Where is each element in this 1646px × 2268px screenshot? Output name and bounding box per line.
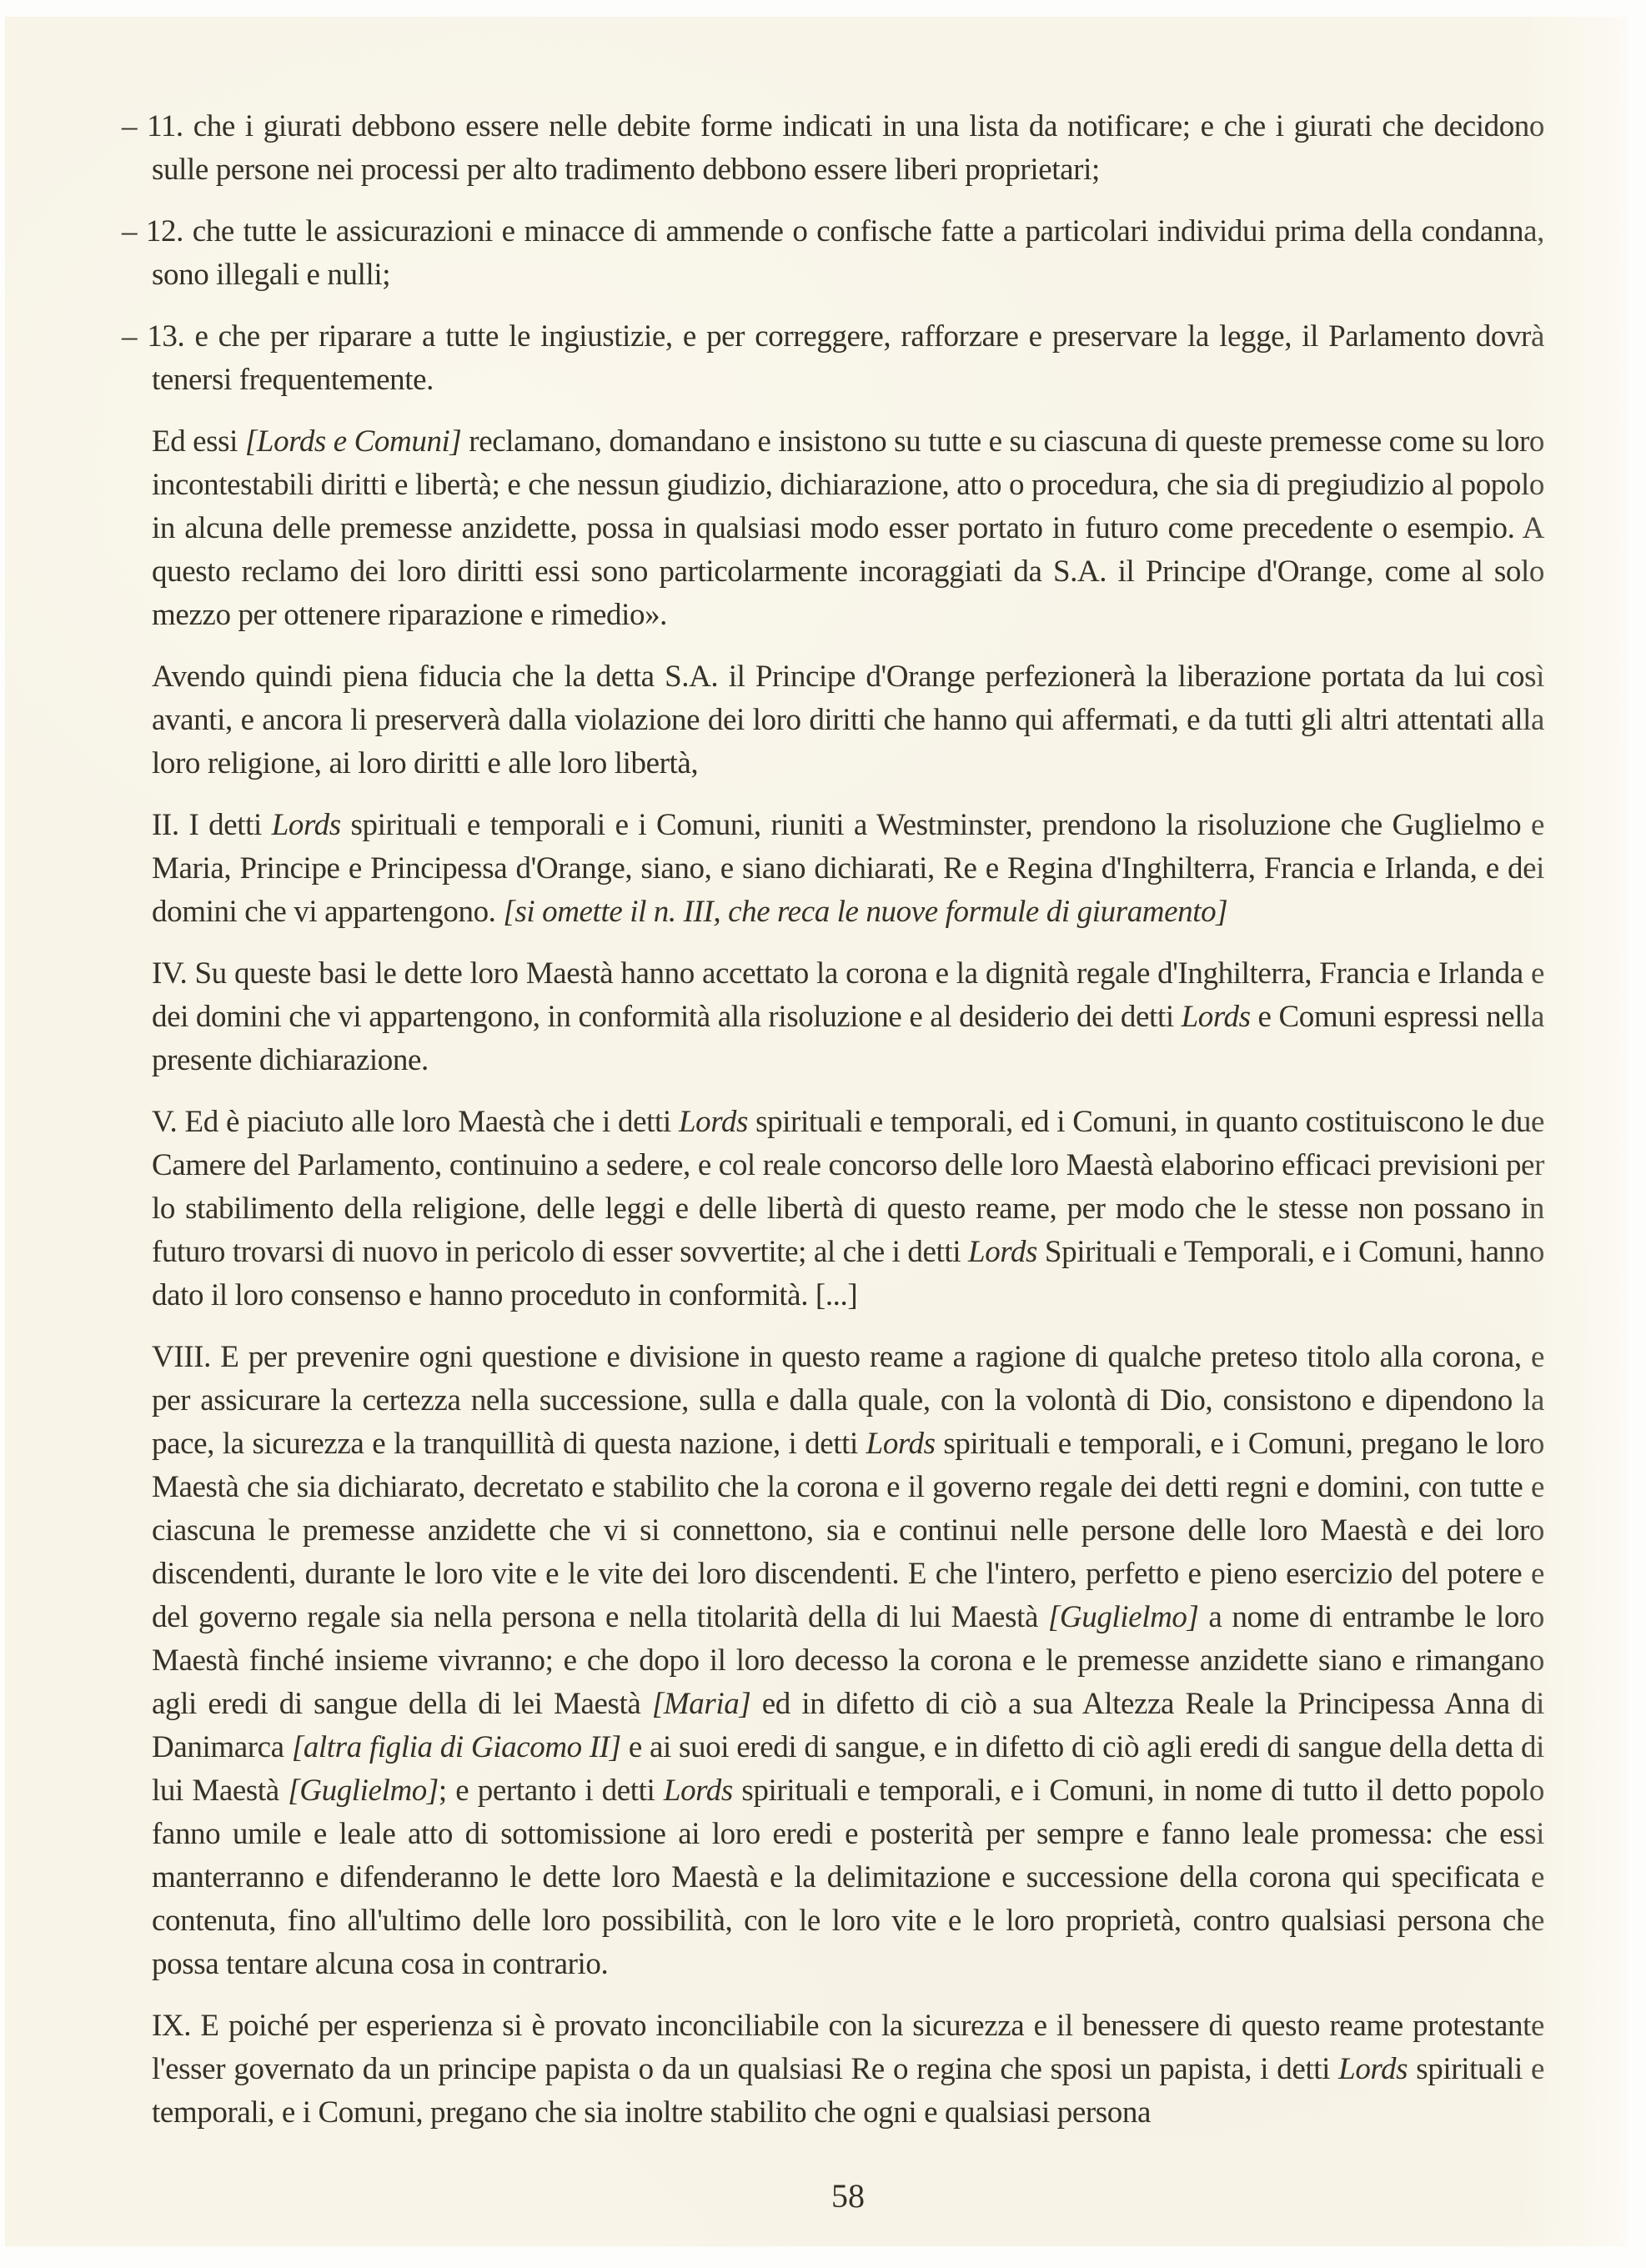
paragraph: IX. E poiché per esperienza si è provato… bbox=[152, 2005, 1544, 2135]
italic-run: [altra figlia di Giacomo II] bbox=[292, 1730, 621, 1764]
book-page: – 11. che i giurati debbono essere nelle… bbox=[5, 17, 1628, 2246]
text-run: IX. E poiché per esperienza si è provato… bbox=[152, 2009, 1544, 2086]
italic-run: [Guglielmo] bbox=[1048, 1600, 1199, 1634]
text-run: – 13. e che per riparare a tutte le ingi… bbox=[122, 319, 1544, 397]
italic-run: Lords bbox=[679, 1105, 748, 1139]
paragraph: – 13. e che per riparare a tutte le ingi… bbox=[152, 315, 1544, 402]
paragraph: Avendo quindi piena fiducia che la detta… bbox=[152, 655, 1544, 785]
italic-run: Lords bbox=[1338, 2052, 1408, 2086]
italic-run: Lords bbox=[664, 1774, 733, 1808]
italic-run: [Lords e Comuni] bbox=[245, 424, 462, 459]
text-run: – 12. che tutte le assicurazioni e minac… bbox=[122, 214, 1544, 292]
text-run: ; e pertanto i detti bbox=[439, 1774, 664, 1808]
text-block: – 11. che i giurati debbono essere nelle… bbox=[152, 105, 1544, 2153]
text-run: V. Ed è piaciuto alle loro Maestà che i … bbox=[152, 1105, 679, 1139]
italic-run: [si omette il n. III, che reca le nuove … bbox=[503, 895, 1227, 929]
paragraph: II. I detti Lords spirituali e temporali… bbox=[152, 804, 1544, 934]
paragraph: – 12. che tutte le assicurazioni e minac… bbox=[152, 210, 1544, 297]
page-number: 58 bbox=[152, 2178, 1544, 2215]
italic-run: Lords bbox=[1182, 1000, 1251, 1034]
text-run: Avendo quindi piena fiducia che la detta… bbox=[152, 660, 1544, 780]
text-run: Ed essi bbox=[152, 424, 245, 459]
paragraph: V. Ed è piaciuto alle loro Maestà che i … bbox=[152, 1101, 1544, 1317]
text-run: – 11. che i giurati debbono essere nelle… bbox=[122, 109, 1544, 187]
italic-run: Lords bbox=[968, 1235, 1037, 1269]
paragraph: Ed essi [Lords e Comuni] reclamano, doma… bbox=[152, 420, 1544, 637]
paragraph: IV. Su queste basi le dette loro Maestà … bbox=[152, 952, 1544, 1082]
scanned-page: – 11. che i giurati debbono essere nelle… bbox=[0, 0, 1646, 2268]
italic-run: [Maria] bbox=[652, 1687, 751, 1721]
paragraph: – 11. che i giurati debbono essere nelle… bbox=[152, 105, 1544, 192]
text-run: II. I detti bbox=[152, 808, 272, 842]
italic-run: Lords bbox=[272, 808, 341, 842]
italic-run: Lords bbox=[866, 1427, 936, 1461]
paragraph: VIII. E per prevenire ogni questione e d… bbox=[152, 1336, 1544, 1986]
italic-run: [Guglielmo] bbox=[288, 1774, 439, 1808]
